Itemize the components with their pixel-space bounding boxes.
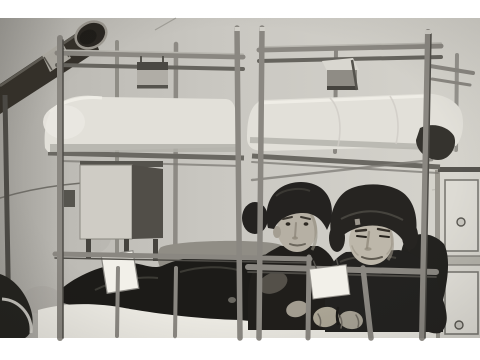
barracks-photo: Vintage black-and-white photograph: two … xyxy=(0,0,480,360)
photo-frame: Vintage black-and-white photograph: two … xyxy=(0,0,480,360)
photo-vignette xyxy=(0,18,480,338)
